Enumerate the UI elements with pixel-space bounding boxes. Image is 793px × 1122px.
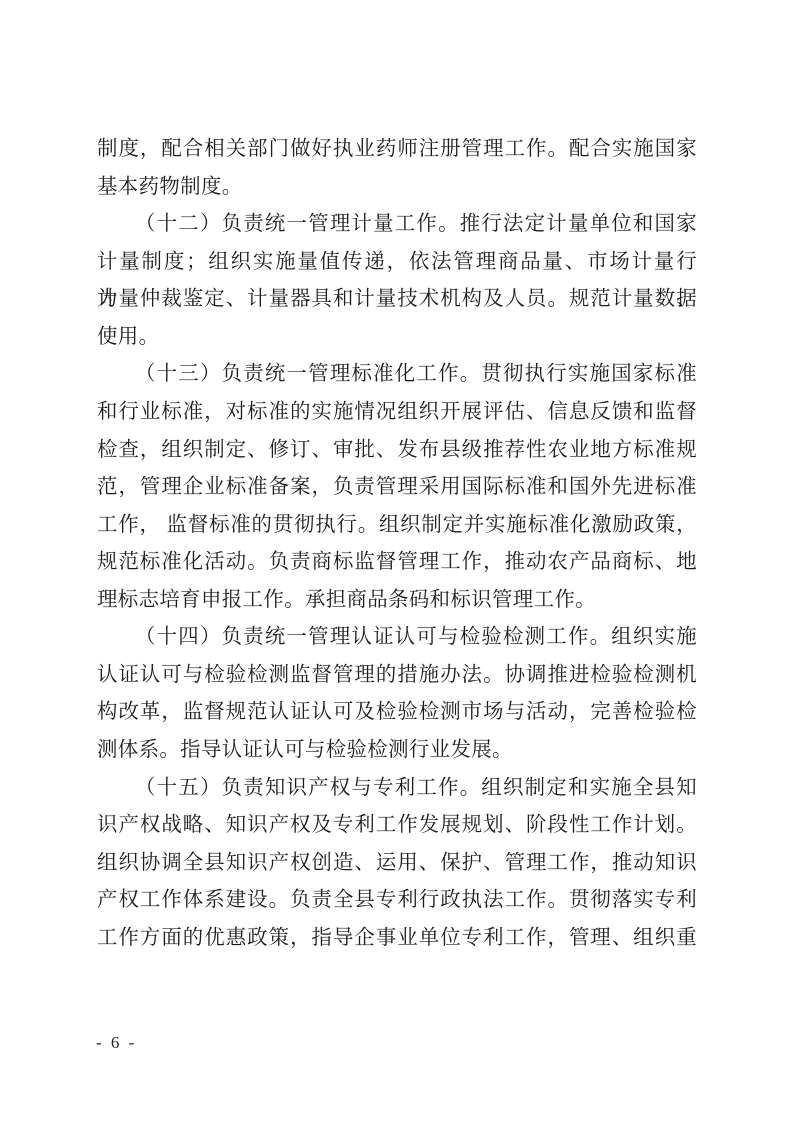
text-line: （十三）负责统一管理标准化工作。贯彻执行实施国家标准 (97, 356, 697, 394)
text-line: 计量制度；组织实施量值传递，依法管理商品量、市场计量行为、 (97, 244, 697, 282)
text-line: 产权工作体系建设。负责全县专利行政执法工作。贯彻落实专利 (97, 882, 697, 920)
text-line: 规范标准化活动。负责商标监督管理工作，推动农产品商标、地 (97, 544, 697, 582)
text-line: 基本药物制度。 (97, 169, 697, 207)
text-line: 使用。 (97, 319, 697, 357)
document-body: 制度，配合相关部门做好执业药师注册管理工作。配合实施国家基本药物制度。（十二）负… (97, 131, 697, 957)
text-line: （十二）负责统一管理计量工作。推行法定计量单位和国家 (97, 206, 697, 244)
document-page: 制度，配合相关部门做好执业药师注册管理工作。配合实施国家基本药物制度。（十二）负… (0, 0, 793, 1122)
text-line: 构改革，监督规范认证认可及检验检测市场与活动，完善检验检 (97, 694, 697, 732)
text-line: 测体系。指导认证认可与检验检测行业发展。 (97, 732, 697, 770)
page-number: - 6 - (96, 1031, 137, 1055)
text-line: 和行业标准，对标准的实施情况组织开展评估、信息反馈和监督 (97, 394, 697, 432)
text-line: 工作， 监督标准的贯彻执行。组织制定并实施标准化激励政策， (97, 507, 697, 545)
text-line: 范，管理企业标准备案，负责管理采用国际标准和国外先进标准 (97, 469, 697, 507)
text-line: 工作方面的优惠政策，指导企事业单位专利工作，管理、组织重 (97, 920, 697, 958)
text-line: 理标志培育申报工作。承担商品条码和标识管理工作。 (97, 582, 697, 620)
text-line: （十四）负责统一管理认证认可与检验检测工作。组织实施 (97, 619, 697, 657)
text-line: 识产权战略、知识产权及专利工作发展规划、阶段性工作计划。 (97, 807, 697, 845)
text-line: 认证认可与检验检测监督管理的措施办法。协调推进检验检测机 (97, 657, 697, 695)
text-line: 组织协调全县知识产权创造、运用、保护、管理工作，推动知识 (97, 845, 697, 883)
text-line: 检查，组织制定、修订、审批、发布县级推荐性农业地方标准规 (97, 432, 697, 470)
text-line: 制度，配合相关部门做好执业药师注册管理工作。配合实施国家 (97, 131, 697, 169)
text-line: （十五）负责知识产权与专利工作。组织制定和实施全县知 (97, 770, 697, 808)
text-line: 计量仲裁鉴定、计量器具和计量技术机构及人员。规范计量数据 (97, 281, 697, 319)
